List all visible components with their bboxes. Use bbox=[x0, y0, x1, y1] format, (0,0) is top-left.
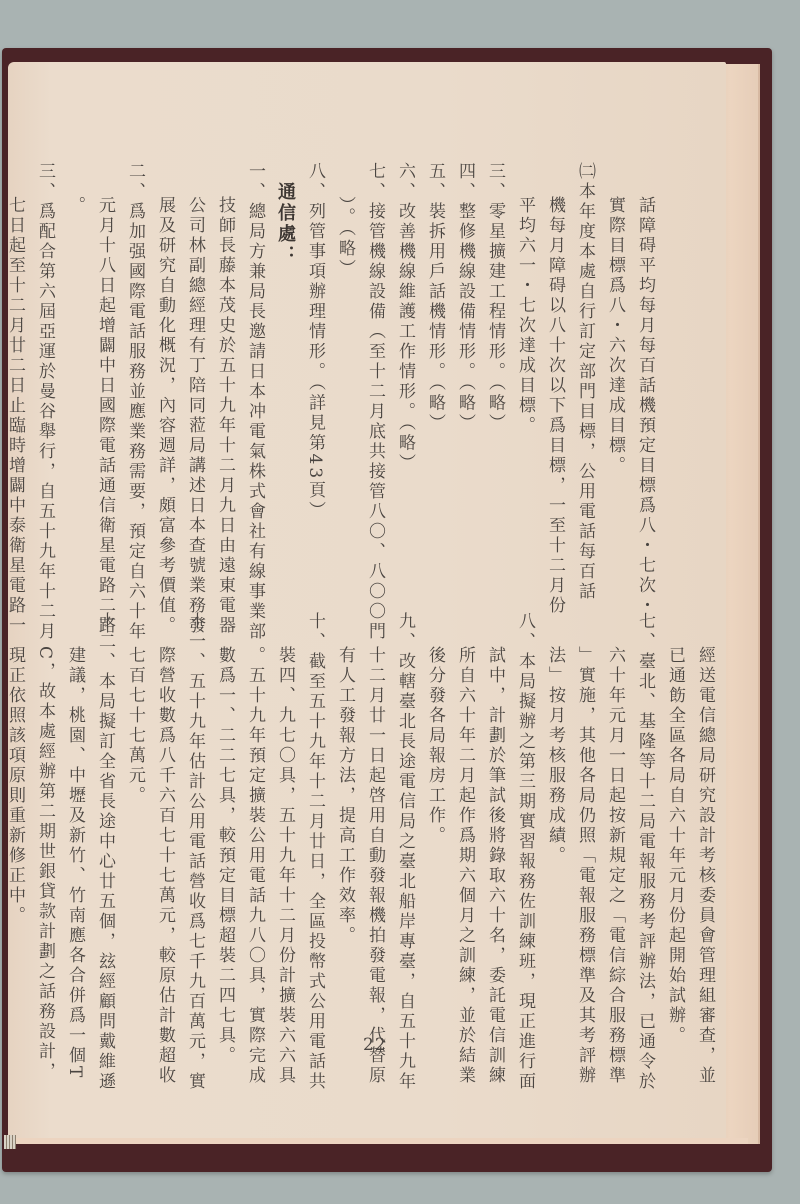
text-column: 」實施，其他各局仍照「電報服務標準及其考評辦 bbox=[570, 612, 600, 1027]
text-column: 。五十九年預定擴裝公用電話九八〇具，實際完成 bbox=[240, 612, 270, 1027]
text-column: 平均六一・七次達成目標。 bbox=[510, 162, 540, 592]
text-column: 元月十八日起增闢中日國際電話通信衛星電路二路 bbox=[90, 162, 120, 592]
text-column: 四、整修機線設備情形。（略） bbox=[450, 162, 480, 592]
text-column: 七日起至十二月廿二日止臨時增闢中泰衛星電路一 bbox=[0, 162, 30, 592]
text-column: 七、臺北、基隆等十二局電報服務考評辦法，已通令於 bbox=[630, 612, 660, 1027]
text-column: 現正依照該項原則重新修正中。 bbox=[0, 612, 30, 1027]
upper-text-block: 話障碍平均每月每百話機預定目標爲八・七次・實際目標爲八・六次達成目標。㈡本年度本… bbox=[60, 162, 660, 592]
text-column: 數爲一、二二七具，較預定目標超裝二四七具。 bbox=[210, 612, 240, 1027]
text-column: 有人工發報方法，提高工作效率。 bbox=[330, 612, 360, 1027]
text-column: 八、本局擬辦之第三期實習報務佐訓練班，現正進行面 bbox=[510, 612, 540, 1027]
text-column: 三、爲配合第六屆亞運於曼谷舉行，自五十九年十二月 bbox=[30, 162, 60, 592]
text-column: 公司林副總經理有丁陪同蒞局講述日本查號業務發 bbox=[180, 162, 210, 592]
text-column: 二、爲加强國際電話服務並應業務需要，預定自六十年 bbox=[120, 162, 150, 592]
text-column: ）。（略） bbox=[330, 162, 360, 592]
text-column: 際營收數爲八千六百七十七萬元，較原估計數超收 bbox=[150, 612, 180, 1027]
text-column: 展及研究自動化概況，內容週詳，頗富參考價值。 bbox=[150, 162, 180, 592]
text-column: 話障碍平均每月每百話機預定目標爲八・七次・ bbox=[630, 162, 660, 592]
text-column: 六、改善機線維護工作情形。（略） bbox=[390, 162, 420, 592]
text-column: 九、改轄臺北長途電信局之臺北船岸專臺，自五十九年 bbox=[390, 612, 420, 1027]
text-column: 十、截至五十九年十二月廿日，全區投幣式公用電話共 bbox=[300, 612, 330, 1027]
text-column: 機每月障碍以八十次以下爲目標，一至十二月份 bbox=[540, 162, 570, 592]
text-column: 六十年元月一日起按新規定之「電信綜合服務標準 bbox=[600, 612, 630, 1027]
text-column: 技師長藤本茂史於五十九年十二月九日由遠東電器 bbox=[210, 162, 240, 592]
page-bottom-edge bbox=[8, 1138, 748, 1144]
text-column: C，故本處經辦第二期世銀貸款計劃之話務設計， bbox=[30, 612, 60, 1027]
text-column: 。 bbox=[60, 162, 90, 592]
text-column: 七、接管機線設備（至十二月底共接管八〇、八〇〇門 bbox=[360, 162, 390, 592]
text-column: 實際目標爲八・六次達成目標。 bbox=[600, 162, 630, 592]
text-column: 七百七十七萬元。 bbox=[120, 612, 150, 1027]
text-column: 經送電信總局研究設計考核委員會管理組審查，並 bbox=[690, 612, 720, 1027]
text-column: 所自六十年二月起作爲期六個月之訓練，並於結業 bbox=[450, 612, 480, 1027]
spine-binding bbox=[4, 1135, 16, 1149]
section-heading: 通信處： bbox=[270, 162, 300, 592]
text-column: 十一、五十九年估計公用電話營收爲七千九百萬元，實 bbox=[180, 612, 210, 1027]
text-column: 建議，桃園、中壢及新竹、竹南應各合併爲一個T bbox=[60, 612, 90, 1027]
text-column: 一、總局方兼局長邀請日本冲電氣株式會社有線事業部 bbox=[240, 162, 270, 592]
text-column: 三、零星擴建工程情形。（略） bbox=[480, 162, 510, 592]
text-column: 八、列管事項辦理情形。（詳見第43頁） bbox=[300, 162, 330, 592]
text-column: 法」按月考核服務成績。 bbox=[540, 612, 570, 1027]
lower-text-block: 經送電信總局研究設計考核委員會管理組審查，並已通飭全區各局自六十年元月份起開始試… bbox=[60, 612, 720, 1027]
text-column: 試中，計劃於筆試後將錄取六十名，委託電信訓練 bbox=[480, 612, 510, 1027]
text-column: 五、裝拆用戶話機情形。（略） bbox=[420, 162, 450, 592]
text-column: 已通飭全區各局自六十年元月份起開始試辦。 bbox=[660, 612, 690, 1027]
page-number: 22 bbox=[363, 1035, 387, 1055]
text-column: 十二月廿一日起啓用自動發報機拍發電報，代替原 bbox=[360, 612, 390, 1027]
text-column: 後分發各局報房工作。 bbox=[420, 612, 450, 1027]
text-column: ㈡本年度本處自行訂定部門目標，公用電話每百話 bbox=[570, 162, 600, 592]
text-column: 裝四、九七〇具，五十九年十二月份計擴裝六六具 bbox=[270, 612, 300, 1027]
text-column: 十二、本局擬訂全省長途中心廿五個，玆經顧問戴維遜 bbox=[90, 612, 120, 1027]
